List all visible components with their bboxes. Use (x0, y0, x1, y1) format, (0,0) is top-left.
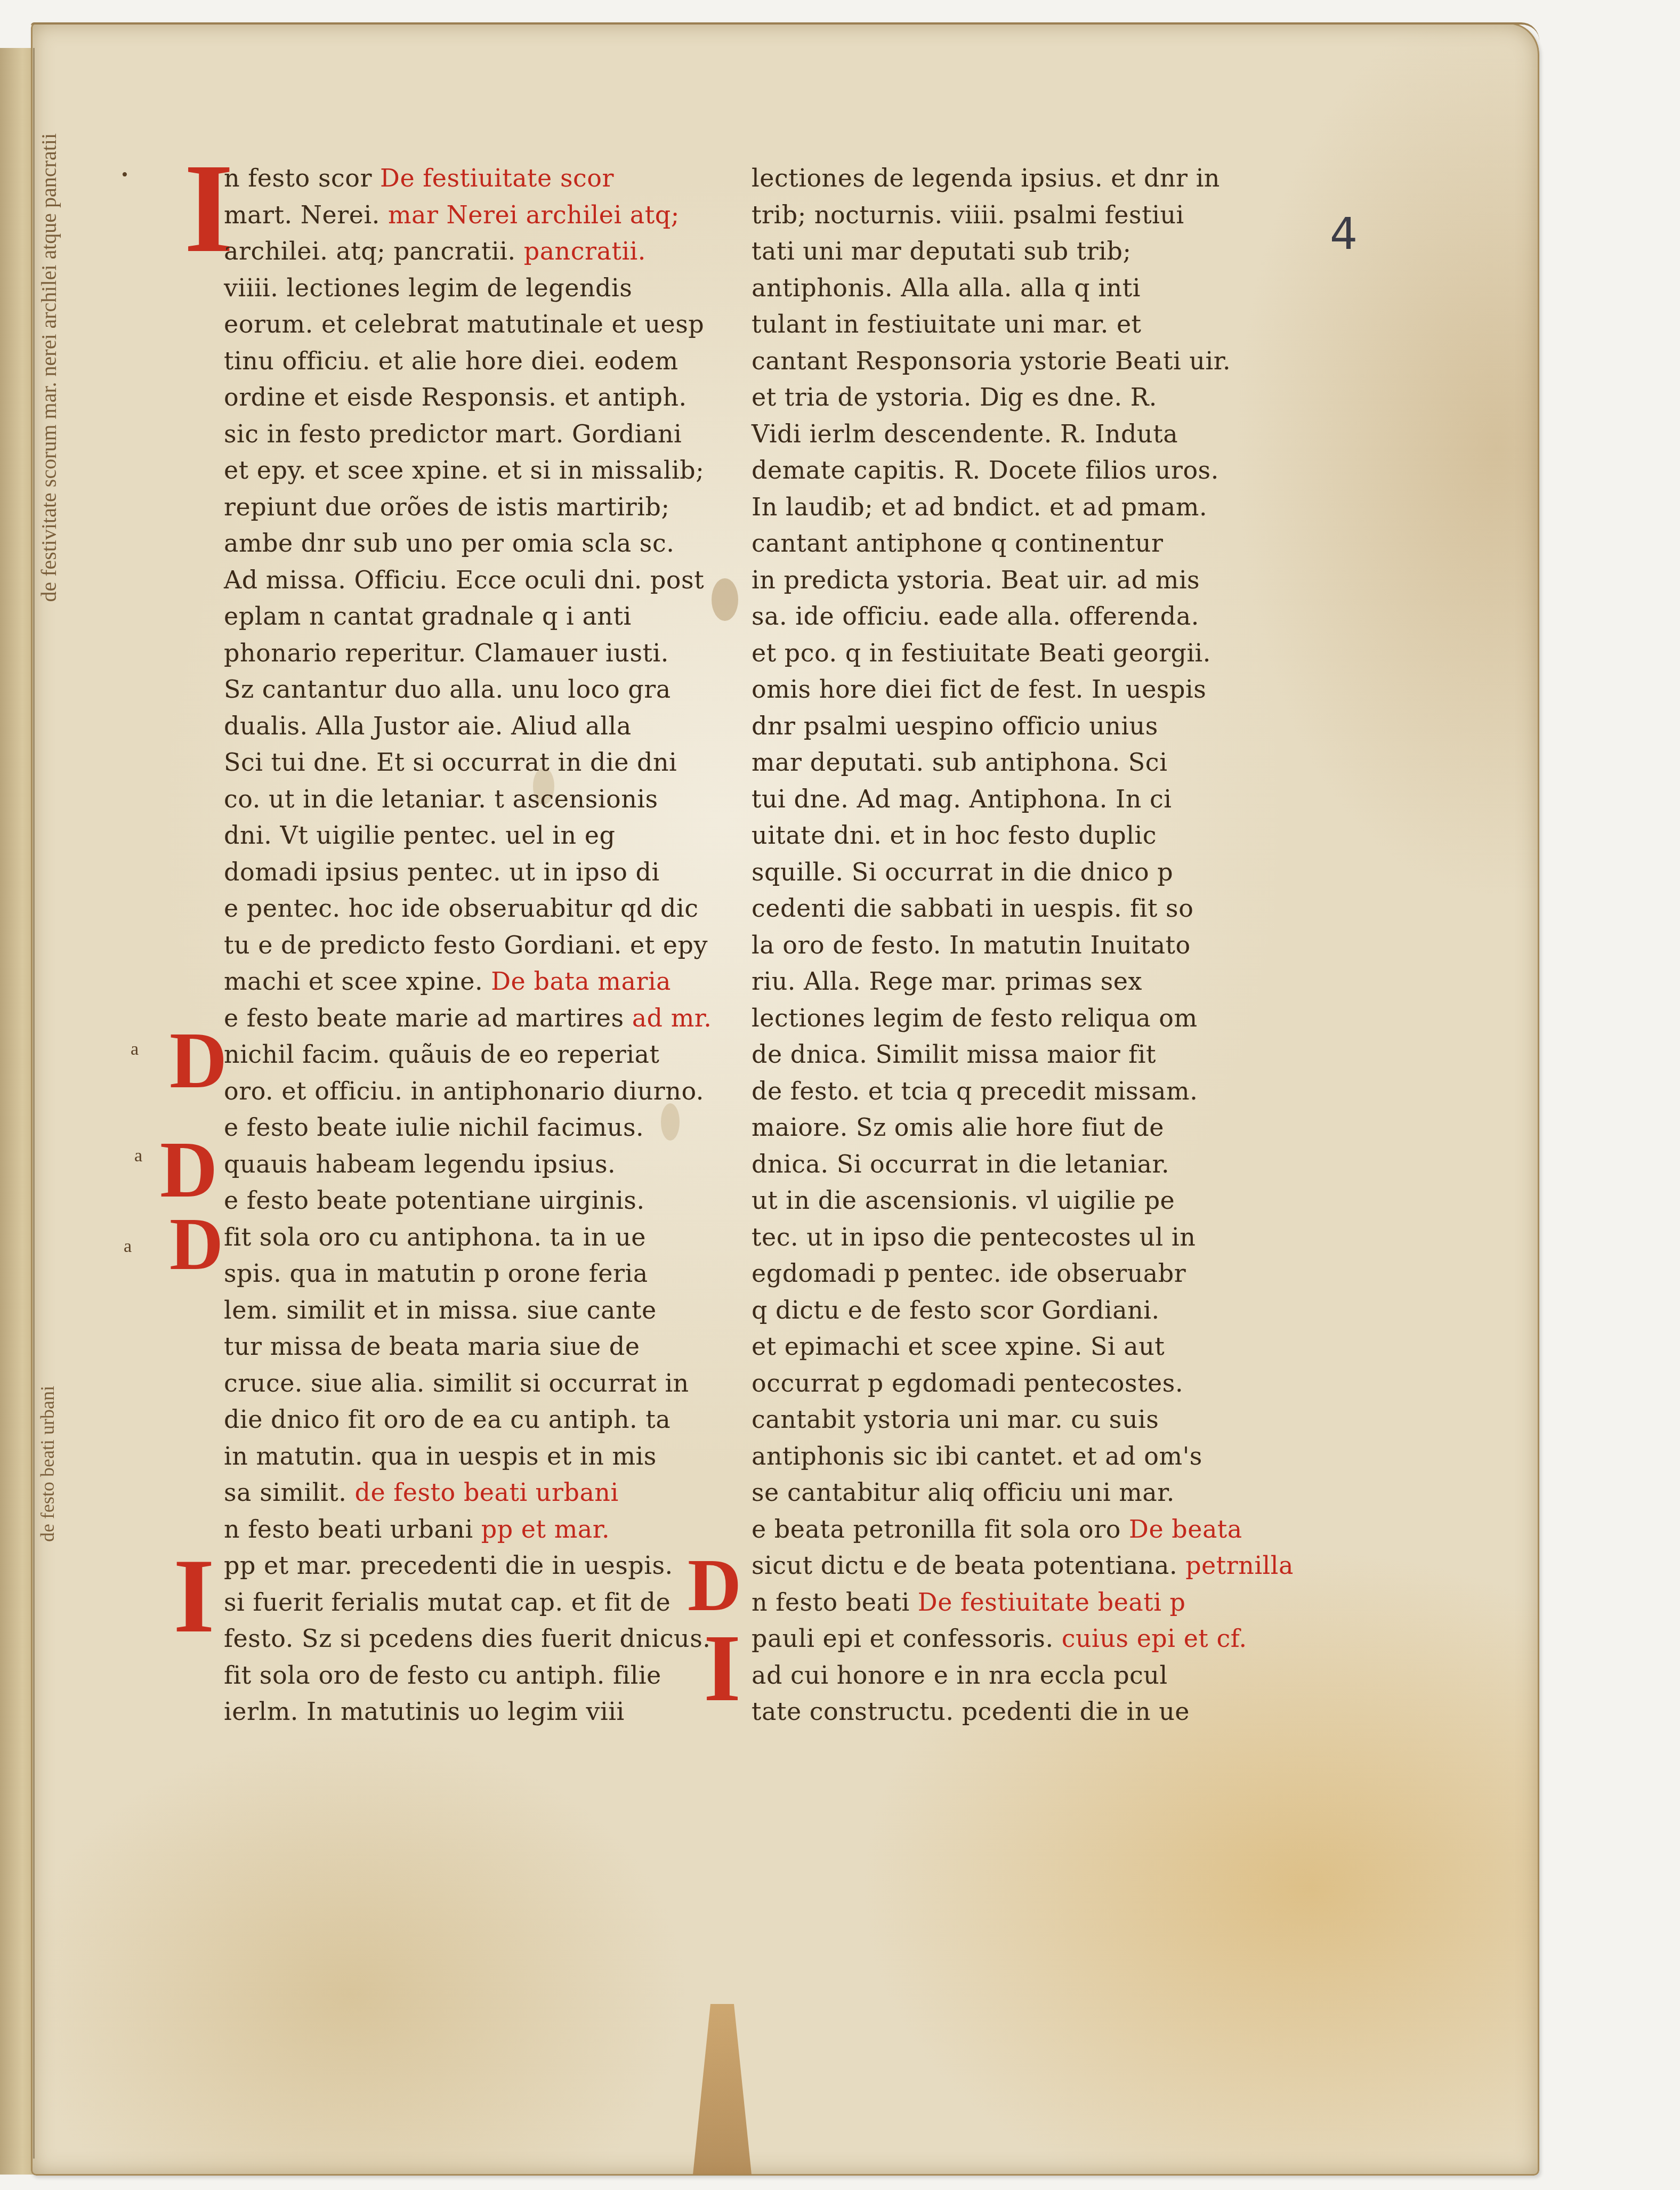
marginal-note-upper: de festivitate scorum mar. nerei archile… (36, 133, 61, 602)
manuscript-line: lectiones legim de festo reliqua om (752, 1000, 1198, 1036)
line-text: tinu officiu. et alie hore diei. eodem (224, 346, 679, 375)
manuscript-line: ierlm. In matutinis uo legim viii (224, 1693, 625, 1730)
line-text: trib; nocturnis. viiii. psalmi festiui (752, 200, 1184, 229)
line-text: festo. Sz si pcedens dies fuerit dnicus. (224, 1624, 710, 1653)
line-text: maiore. Sz omis alie hore fiut de (752, 1113, 1164, 1142)
manuscript-line: maiore. Sz omis alie hore fiut de (752, 1109, 1164, 1145)
margin-mark: a (134, 1146, 142, 1166)
line-text: nichil facim. quãuis de eo reperiat (224, 1040, 659, 1069)
line-text: antiphonis. Alla alla. alla q inti (752, 273, 1141, 302)
line-text: se cantabitur aliq officiu uni mar. (752, 1478, 1175, 1507)
line-text: viiii. lectiones legim de legendis (224, 273, 632, 302)
line-text: n festo beati (752, 1588, 910, 1617)
line-text: in matutin. qua in uespis et in mis (224, 1442, 657, 1470)
line-text: n festo beati urbani (224, 1515, 473, 1543)
manuscript-line: sicut dictu e de beata potentiana. petrn… (752, 1547, 1294, 1583)
line-text: tu e de predicto festo Gordiani. et epy (224, 931, 708, 959)
manuscript-line: antiphonis. Alla alla. alla q inti (752, 270, 1141, 306)
manuscript-line: de festo. et tcia q precedit missam. (752, 1073, 1198, 1109)
line-text: Sci tui dne. Et si occurrat in die dni (224, 748, 677, 777)
manuscript-line: dnr psalmi uespino officio unius (752, 708, 1158, 744)
manuscript-line: se cantabitur aliq officiu uni mar. (752, 1474, 1175, 1510)
manuscript-line: fit sola oro cu antiphona. ta in ue (224, 1219, 646, 1255)
manuscript-line: n festo beati urbani pp et mar. (224, 1511, 610, 1547)
line-text: in predicta ystoria. Beat uir. ad mis (752, 565, 1200, 594)
line-text: et tria de ystoria. Dig es dne. R. (752, 383, 1157, 411)
manuscript-line: lectiones de legenda ipsius. et dnr in (752, 160, 1220, 196)
manuscript-line: tu e de predicto festo Gordiani. et epy (224, 927, 708, 963)
manuscript-line: e festo beate iulie nichil facimus. (224, 1109, 644, 1145)
manuscript-line: eplam n cantat gradnale q i anti (224, 598, 632, 634)
margin-mark: a (131, 1039, 139, 1060)
line-text: Ad missa. Officiu. Ecce oculi dni. post (224, 565, 704, 594)
line-text: q dictu e de festo scor Gordiani. (752, 1296, 1160, 1324)
line-text: e festo beate iulie nichil facimus. (224, 1113, 644, 1142)
stain-spot (712, 578, 738, 621)
manuscript-line: sic in festo predictor mart. Gordiani (224, 416, 682, 452)
line-text: ad cui honore e in nra eccla pcul (752, 1661, 1168, 1690)
line-text: sicut dictu e de beata potentiana. (752, 1551, 1177, 1580)
line-text: sa. ide officiu. eade alla. offerenda. (752, 602, 1199, 631)
rubric-text: cuius epi et cf. (1062, 1624, 1247, 1653)
line-text: cantabit ystoria uni mar. cu suis (752, 1405, 1159, 1434)
line-text: ambe dnr sub uno per omia scla sc. (224, 529, 674, 557)
margin-mark: • (122, 165, 128, 185)
manuscript-line: archilei. atq; pancratii. pancratii. (224, 233, 646, 269)
line-text: si fuerit ferialis mutat cap. et fit de (224, 1588, 671, 1617)
folio-number: 4 (1330, 209, 1358, 260)
manuscript-line: pauli epi et confessoris. cuius epi et c… (752, 1620, 1247, 1656)
manuscript-line: et epy. et scee xpine. et si in missalib… (224, 452, 704, 488)
manuscript-line: fit sola oro de festo cu antiph. filie (224, 1657, 661, 1693)
line-text: machi et scee xpine. (224, 967, 483, 996)
manuscript-line: spis. qua in matutin p orone feria (224, 1255, 648, 1291)
rubric-text: De bata maria (491, 967, 671, 996)
line-text: dni. Vt uigilie pentec. uel in eg (224, 821, 615, 850)
line-text: et pco. q in festiuitate Beati georgii. (752, 639, 1211, 667)
manuscript-line: si fuerit ferialis mutat cap. et fit de (224, 1584, 671, 1620)
line-text: cantant Responsoria ystorie Beati uir. (752, 346, 1231, 375)
page-top-edge (31, 22, 1539, 41)
manuscript-line: tec. ut in ipso die pentecostes ul in (752, 1219, 1196, 1255)
manuscript-line: mar deputati. sub antiphona. Sci (752, 744, 1167, 780)
manuscript-line: die dnico fit oro de ea cu antiph. ta (224, 1401, 671, 1437)
manuscript-line: lem. similit et in missa. siue cante (224, 1292, 657, 1328)
manuscript-line: co. ut in die letaniar. t ascensionis (224, 781, 658, 817)
rubric-text: de festo beati urbani (354, 1478, 618, 1507)
line-text: In laudib; et ad bndict. et ad pmam. (752, 492, 1207, 521)
manuscript-line: dualis. Alla Justor aie. Aliud alla (224, 708, 632, 744)
line-text: mar deputati. sub antiphona. Sci (752, 748, 1167, 777)
manuscript-line: demate capitis. R. Docete filios uros. (752, 452, 1219, 488)
manuscript-line: cantabit ystoria uni mar. cu suis (752, 1401, 1159, 1437)
manuscript-line: Ad missa. Officiu. Ecce oculi dni. post (224, 562, 704, 598)
line-text: tur missa de beata maria siue de (224, 1332, 640, 1361)
line-text: phonario reperitur. Clamauer iusti. (224, 639, 669, 667)
line-text: egdomadi p pentec. ide obseruabr (752, 1259, 1186, 1288)
manuscript-line: in predicta ystoria. Beat uir. ad mis (752, 562, 1200, 598)
line-text: omis hore diei fict de fest. In uespis (752, 675, 1206, 704)
line-text: occurrat p egdomadi pentecostes. (752, 1369, 1183, 1397)
rubric-text: ad mr. (632, 1004, 712, 1032)
line-text: lem. similit et in missa. siue cante (224, 1296, 657, 1324)
line-text: ordine et eisde Responsis. et antiph. (224, 383, 687, 411)
manuscript-line: dnica. Si occurrat in die letaniar. (752, 1146, 1169, 1182)
manuscript-line: dni. Vt uigilie pentec. uel in eg (224, 817, 615, 853)
line-text: la oro de festo. In matutin Inuitato (752, 931, 1191, 959)
manuscript-line: q dictu e de festo scor Gordiani. (752, 1292, 1160, 1328)
line-text: Sz cantantur duo alla. unu loco gra (224, 675, 671, 704)
line-text: tec. ut in ipso die pentecostes ul in (752, 1223, 1196, 1251)
manuscript-line: oro. et officiu. in antiphonario diurno. (224, 1073, 704, 1109)
line-text: domadi ipsius pentec. ut in ipso di (224, 858, 660, 886)
rubric-text: pancratii. (524, 237, 646, 265)
manuscript-line: viiii. lectiones legim de legendis (224, 270, 632, 306)
line-text: Vidi ierlm descendente. R. Induta (752, 419, 1178, 448)
line-text: spis. qua in matutin p orone feria (224, 1259, 648, 1288)
manuscript-line: occurrat p egdomadi pentecostes. (752, 1365, 1183, 1401)
red-initial-d: D (688, 1548, 741, 1623)
manuscript-line: n festo scor De festiuitate scor (224, 160, 614, 196)
line-text: archilei. atq; pancratii. (224, 237, 516, 265)
line-text: de festo. et tcia q precedit missam. (752, 1077, 1198, 1105)
line-text: fit sola oro cu antiphona. ta in ue (224, 1223, 646, 1251)
manuscript-line: n festo beati De festiuitate beati p (752, 1584, 1186, 1620)
line-text: lectiones de legenda ipsius. et dnr in (752, 164, 1220, 192)
line-text: n festo scor (224, 164, 372, 192)
manuscript-line: In laudib; et ad bndict. et ad pmam. (752, 489, 1207, 525)
line-text: dnr psalmi uespino officio unius (752, 712, 1158, 740)
rubric-text: De festiuitate beati p (918, 1588, 1186, 1617)
manuscript-line: et tria de ystoria. Dig es dne. R. (752, 379, 1157, 415)
line-text: dualis. Alla Justor aie. Aliud alla (224, 712, 632, 740)
manuscript-line: et pco. q in festiuitate Beati georgii. (752, 635, 1211, 671)
line-text: pp et mar. precedenti die in uespis. (224, 1551, 673, 1580)
line-text: e beata petronilla fit sola oro (752, 1515, 1121, 1543)
line-text: ierlm. In matutinis uo legim viii (224, 1697, 625, 1726)
line-text: tati uni mar deputati sub trib; (752, 237, 1131, 265)
red-initial-d: D (169, 1021, 227, 1101)
manuscript-line: cantant Responsoria ystorie Beati uir. (752, 343, 1231, 379)
line-text: quauis habeam legendu ipsius. (224, 1150, 616, 1178)
manuscript-line: pp et mar. precedenti die in uespis. (224, 1547, 673, 1583)
manuscript-line: domadi ipsius pentec. ut in ipso di (224, 854, 660, 890)
manuscript-line: ambe dnr sub uno per omia scla sc. (224, 525, 674, 561)
line-text: pauli epi et confessoris. (752, 1624, 1054, 1653)
line-text: lectiones legim de festo reliqua om (752, 1004, 1198, 1032)
line-text: die dnico fit oro de ea cu antiph. ta (224, 1405, 671, 1434)
line-text: antiphonis sic ibi cantet. et ad om's (752, 1442, 1202, 1470)
line-text: sic in festo predictor mart. Gordiani (224, 419, 682, 448)
rubric-text: mar Nerei archilei atq; (388, 200, 680, 229)
manuscript-line: phonario reperitur. Clamauer iusti. (224, 635, 669, 671)
manuscript-line: riu. Alla. Rege mar. primas sex (752, 963, 1142, 999)
line-text: tui dne. Ad mag. Antiphona. In ci (752, 785, 1172, 813)
manuscript-line: e festo beate potentiane uirginis. (224, 1182, 645, 1218)
manuscript-line: squille. Si occurrat in die dnico p (752, 854, 1173, 890)
manuscript-line: e pentec. hoc ide obseruabitur qd dic (224, 890, 698, 926)
line-text: demate capitis. R. Docete filios uros. (752, 456, 1219, 484)
manuscript-line: de dnica. Similit missa maior fit (752, 1036, 1156, 1072)
line-text: e festo beate potentiane uirginis. (224, 1186, 645, 1215)
manuscript-line: ordine et eisde Responsis. et antiph. (224, 379, 687, 415)
manuscript-line: machi et scee xpine. De bata maria (224, 963, 671, 999)
rubric-text: De beata (1129, 1515, 1242, 1543)
manuscript-line: ut in die ascensionis. vl uigilie pe (752, 1182, 1175, 1218)
line-text: eorum. et celebrat matutinale et uesp (224, 310, 704, 338)
line-text: cruce. siue alia. similit si occurrat in (224, 1369, 689, 1397)
line-text: oro. et officiu. in antiphonario diurno. (224, 1077, 704, 1105)
manuscript-line: Vidi ierlm descendente. R. Induta (752, 416, 1178, 452)
manuscript-line: antiphonis sic ibi cantet. et ad om's (752, 1438, 1202, 1474)
rubric-text: De festiuitate scor (380, 164, 614, 192)
line-text: tulant in festiuitate uni mar. et (752, 310, 1142, 338)
line-text: riu. Alla. Rege mar. primas sex (752, 967, 1142, 996)
manuscript-line: in matutin. qua in uespis et in mis (224, 1438, 657, 1474)
line-text: de dnica. Similit missa maior fit (752, 1040, 1156, 1069)
red-initial-i: I (173, 1543, 215, 1650)
line-text: ut in die ascensionis. vl uigilie pe (752, 1186, 1175, 1215)
line-text: eplam n cantat gradnale q i anti (224, 602, 632, 631)
manuscript-line: cruce. siue alia. similit si occurrat in (224, 1365, 689, 1401)
line-text: repiunt due orões de istis martirib; (224, 492, 669, 521)
manuscript-line: uitate dni. et in hoc festo duplic (752, 817, 1157, 853)
manuscript-line: tinu officiu. et alie hore diei. eodem (224, 343, 679, 379)
manuscript-line: Sci tui dne. Et si occurrat in die dni (224, 744, 677, 780)
manuscript-line: trib; nocturnis. viiii. psalmi festiui (752, 197, 1184, 233)
line-text: et epimachi et scee xpine. Si aut (752, 1332, 1165, 1361)
manuscript-line: tur missa de beata maria siue de (224, 1328, 640, 1364)
marginal-note-lower: de festo beati urbani (36, 1386, 59, 1542)
manuscript-line: eorum. et celebrat matutinale et uesp (224, 306, 704, 342)
manuscript-line: mart. Nerei. mar Nerei archilei atq; (224, 197, 680, 233)
line-text: fit sola oro de festo cu antiph. filie (224, 1661, 661, 1690)
manuscript-line: quauis habeam legendu ipsius. (224, 1146, 616, 1182)
stain-spot (661, 1103, 680, 1141)
line-text: e pentec. hoc ide obseruabitur qd dic (224, 894, 698, 923)
manuscript-line: ad cui honore e in nra eccla pcul (752, 1657, 1168, 1693)
manuscript-line: tulant in festiuitate uni mar. et (752, 306, 1142, 342)
manuscript-line: Sz cantantur duo alla. unu loco gra (224, 671, 671, 707)
manuscript-line: repiunt due orões de istis martirib; (224, 489, 669, 525)
manuscript-line: egdomadi p pentec. ide obseruabr (752, 1255, 1186, 1291)
manuscript-line: omis hore diei fict de fest. In uespis (752, 671, 1206, 707)
binding-gutter (33, 48, 35, 2159)
manuscript-line: et epimachi et scee xpine. Si aut (752, 1328, 1165, 1364)
line-text: uitate dni. et in hoc festo duplic (752, 821, 1157, 850)
manuscript-line: la oro de festo. In matutin Inuitato (752, 927, 1191, 963)
manuscript-line: festo. Sz si pcedens dies fuerit dnicus. (224, 1620, 710, 1656)
margin-mark: a (124, 1237, 132, 1257)
manuscript-line: nichil facim. quãuis de eo reperiat (224, 1036, 659, 1072)
rubric-text: pp et mar. (481, 1515, 610, 1543)
manuscript-line: cedenti die sabbati in uespis. fit so (752, 890, 1193, 926)
line-text: squille. Si occurrat in die dnico p (752, 858, 1173, 886)
line-text: cedenti die sabbati in uespis. fit so (752, 894, 1193, 923)
manuscript-line: e festo beate marie ad martires ad mr. (224, 1000, 712, 1036)
manuscript-line: e beata petronilla fit sola oro De beata (752, 1511, 1242, 1547)
manuscript-line: tate constructu. pcedenti die in ue (752, 1693, 1190, 1730)
line-text: mart. Nerei. (224, 200, 380, 229)
line-text: tate constructu. pcedenti die in ue (752, 1697, 1190, 1726)
manuscript-line: tati uni mar deputati sub trib; (752, 233, 1131, 269)
line-text: sa similit. (224, 1478, 346, 1507)
manuscript-line: cantant antiphone q continentur (752, 525, 1163, 561)
manuscript-line: sa. ide officiu. eade alla. offerenda. (752, 598, 1199, 634)
line-text: cantant antiphone q continentur (752, 529, 1163, 557)
red-initial-d: D (160, 1130, 217, 1210)
line-text: e festo beate marie ad martires (224, 1004, 624, 1032)
line-text: dnica. Si occurrat in die letaniar. (752, 1150, 1169, 1178)
line-text: co. ut in die letaniar. t ascensionis (224, 785, 658, 813)
rubric-text: petrnilla (1185, 1551, 1294, 1580)
manuscript-line: tui dne. Ad mag. Antiphona. In ci (752, 781, 1172, 817)
manuscript-line: sa similit. de festo beati urbani (224, 1474, 619, 1510)
red-initial-d: D (169, 1207, 223, 1282)
line-text: et epy. et scee xpine. et si in missalib… (224, 456, 704, 484)
